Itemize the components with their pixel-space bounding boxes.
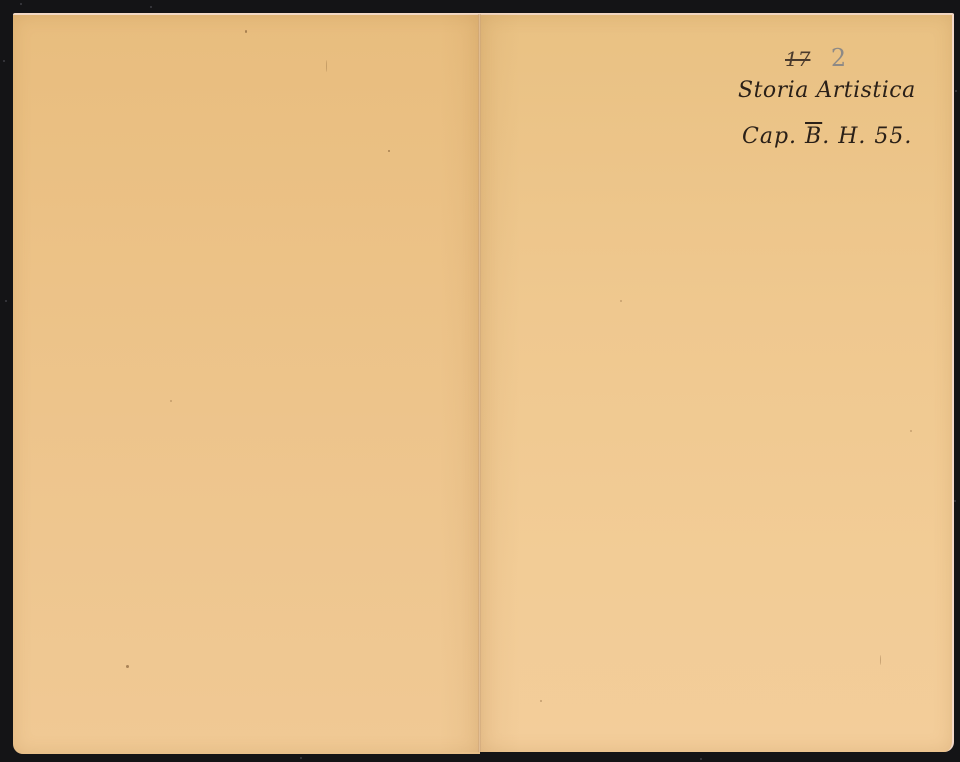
handwritten-title: Storia Artistica	[738, 78, 916, 103]
handwritten-number: 17 2	[785, 44, 846, 72]
shelfmark-prefix: Cap.	[742, 124, 797, 149]
shelfmark-letter: B	[805, 124, 822, 149]
struck-number: 17	[785, 47, 810, 71]
shelfmark-suffix: H. 55.	[838, 124, 912, 149]
booklet-spine	[478, 14, 481, 752]
handwritten-shelfmark: Cap. B. H. 55.	[742, 124, 912, 149]
pencil-number: 2	[831, 44, 846, 72]
left-page	[13, 13, 480, 754]
